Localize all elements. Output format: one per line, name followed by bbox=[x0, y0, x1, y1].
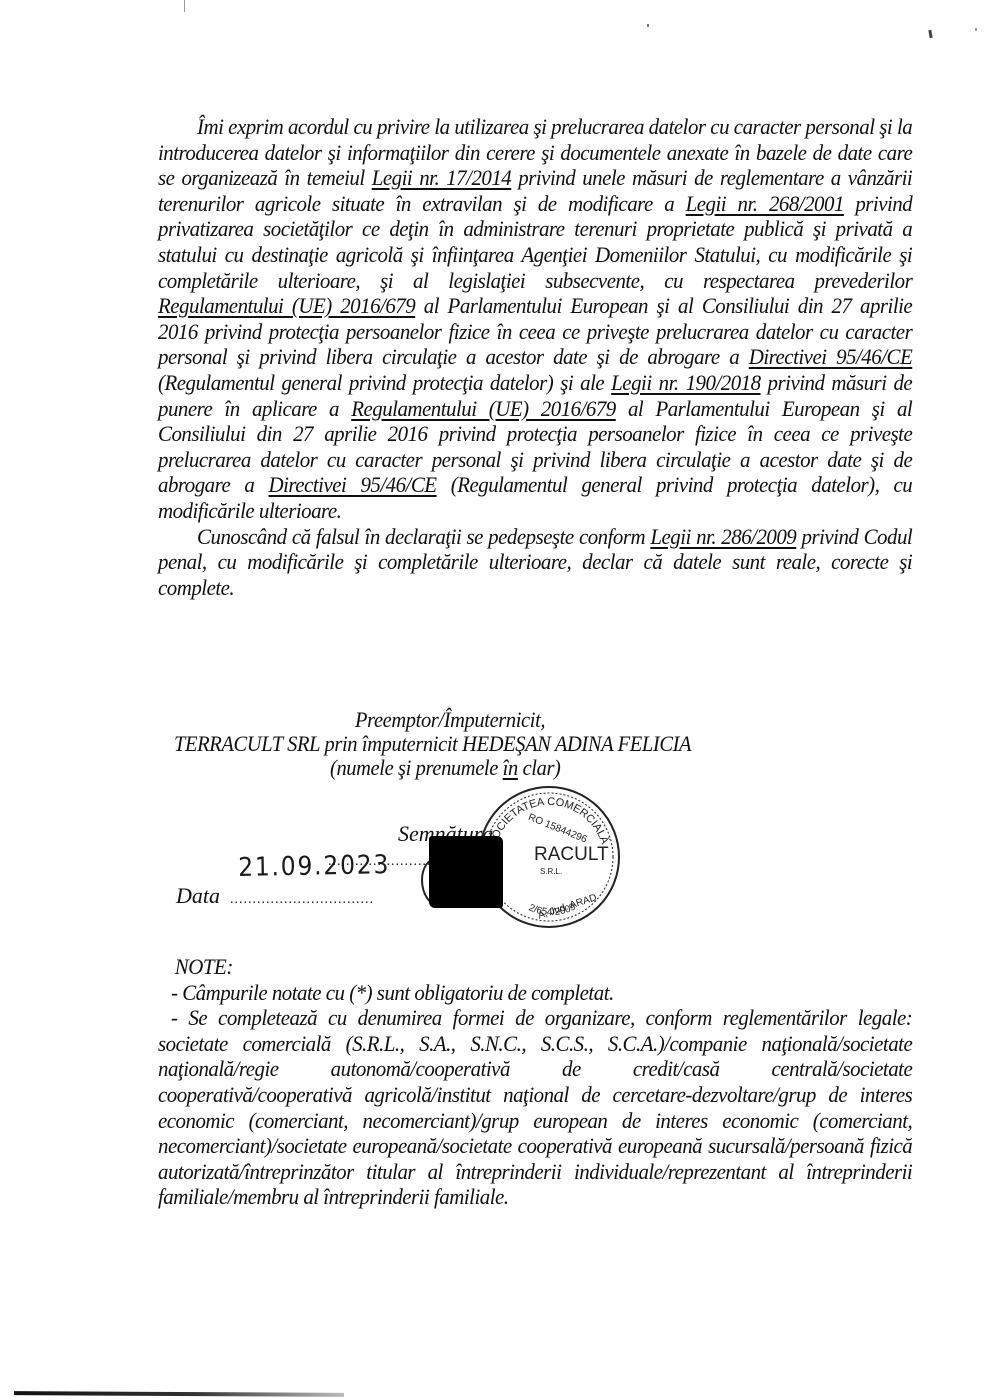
regulation-reference-2016-679: Regulamentului (UE) 2016/679 bbox=[351, 396, 616, 421]
signatory-name: TERRACULT SRL prin împuternicit HEDEŞAN … bbox=[174, 732, 691, 756]
declaration-text: Cunoscând că falsul în declaraţii se ped… bbox=[197, 524, 650, 549]
scan-artifact-mark bbox=[928, 30, 932, 38]
consent-text: (Regulamentul general privind protecţia … bbox=[158, 370, 611, 395]
declaration-paragraph: Cunoscând că falsul în declaraţii se ped… bbox=[158, 524, 912, 601]
notes-section: NOTE: - Câmpurile notate cu (*) sunt obl… bbox=[158, 954, 912, 1210]
note-item-required-fields: - Câmpurile notate cu (*) sunt obligator… bbox=[158, 980, 912, 1006]
scan-artifact-bottom-line bbox=[14, 1391, 344, 1397]
law-reference-286-2009: Legii nr. 286/2009 bbox=[650, 524, 796, 549]
scan-artifact-dot bbox=[647, 24, 649, 27]
directive-reference-95-46: Directivei 95/46/CE bbox=[269, 472, 437, 497]
date-dotted-line: ................................ bbox=[230, 888, 374, 912]
handwritten-date: 21.09.2023 bbox=[238, 853, 390, 880]
svg-text:RACULT: RACULT bbox=[534, 844, 609, 865]
svg-text:S.R.L.: S.R.L. bbox=[540, 867, 562, 876]
law-reference-17-2014: Legii nr. 17/2014 bbox=[372, 165, 512, 190]
redacted-signature bbox=[429, 836, 503, 908]
name-hint-text: (numele şi prenumele bbox=[330, 755, 503, 780]
regulation-reference-2016-679: Regulamentului (UE) 2016/679 bbox=[158, 293, 415, 318]
name-hint-underlined: în bbox=[503, 755, 518, 780]
note-item-organization-form: - Se completează cu denumirea formei de … bbox=[158, 1005, 912, 1210]
law-reference-268-2001: Legii nr. 268/2001 bbox=[686, 191, 844, 216]
signatory-role: Preemptor/Împuternicit, bbox=[355, 708, 545, 732]
scan-artifact-dot bbox=[975, 28, 977, 31]
scan-artifact-top-line bbox=[184, 0, 185, 12]
consent-paragraph: Îmi exprim acordul cu privire la utiliza… bbox=[158, 114, 912, 524]
directive-reference-95-46: Directivei 95/46/CE bbox=[749, 344, 912, 369]
name-hint: (numele şi prenumele în clar) bbox=[330, 756, 561, 780]
notes-title: NOTE: bbox=[158, 954, 859, 980]
date-label: Data bbox=[176, 884, 220, 908]
document-page: Îmi exprim acordul cu privire la utiliza… bbox=[158, 114, 912, 600]
law-reference-190-2018: Legii nr. 190/2018 bbox=[611, 370, 760, 395]
name-hint-text: clar) bbox=[518, 755, 561, 780]
